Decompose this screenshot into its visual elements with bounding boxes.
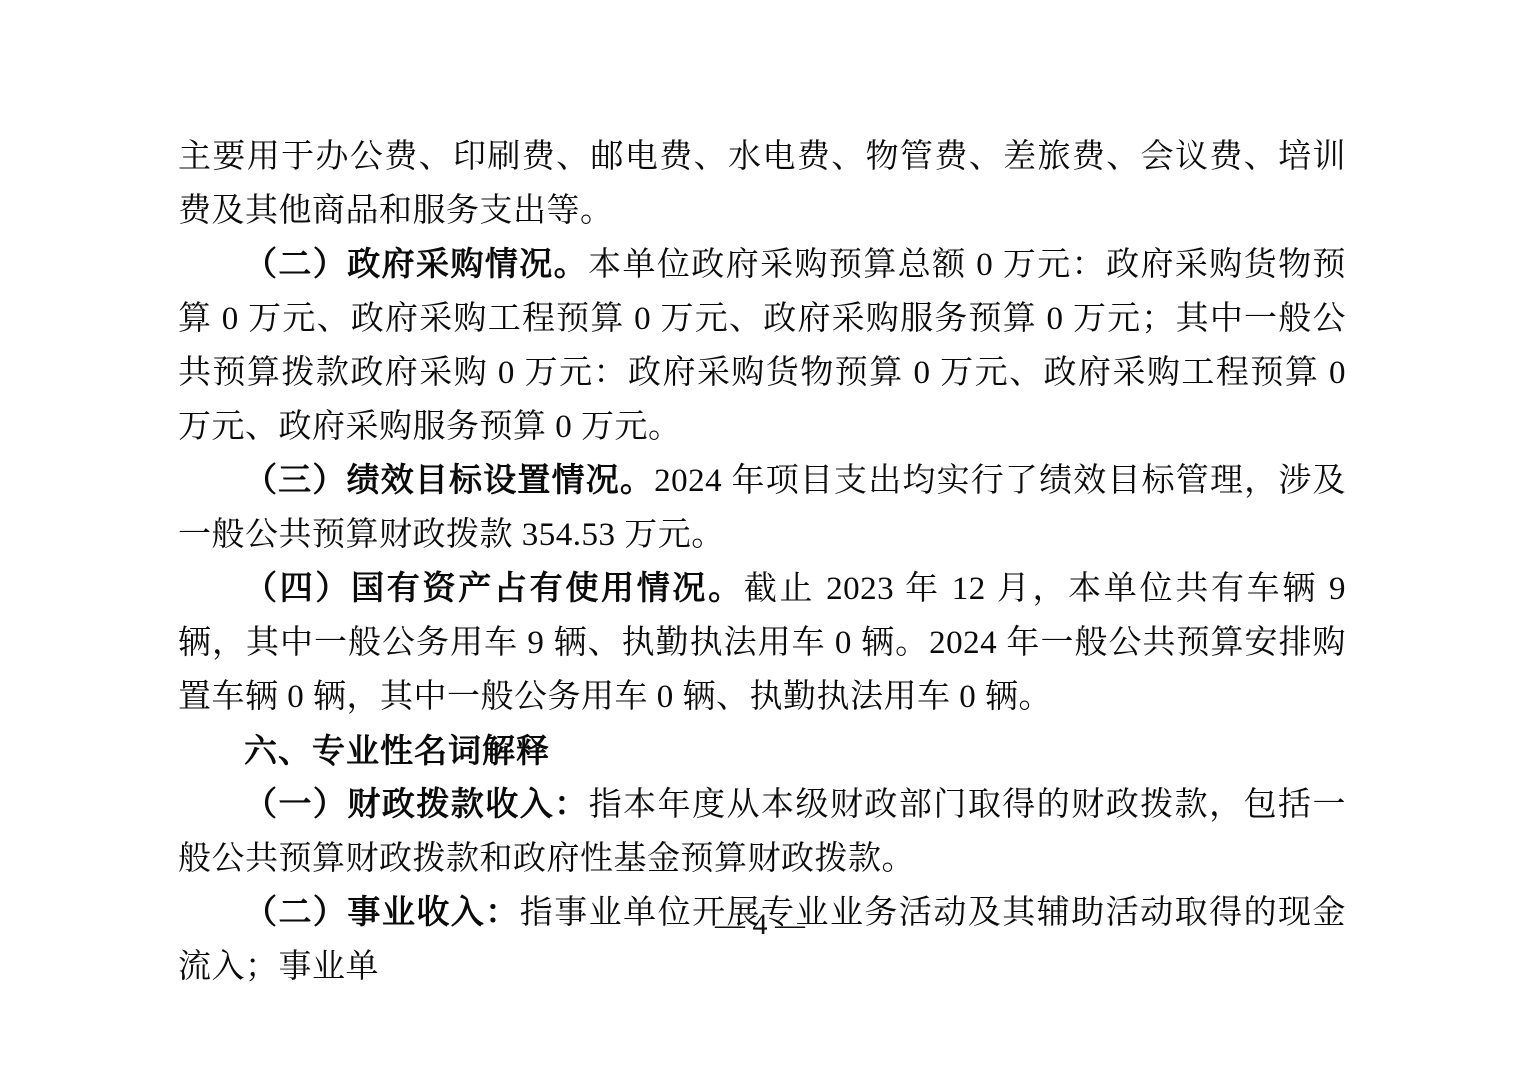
paragraph-lead-bold: （二）政府采购情况。 (244, 247, 588, 283)
paragraph-government-procurement: （二）政府采购情况。本单位政府采购预算总额 0 万元：政府采购货物预算 0 万元… (178, 238, 1346, 454)
paragraph-performance-targets: （三）绩效目标设置情况。2024 年项目支出均实行了绩效目标管理，涉及一般公共预… (178, 454, 1346, 562)
paragraph-lead-bold: （一）财政拨款收入： (244, 787, 589, 823)
paragraph-text: 主要用于办公费、印刷费、邮电费、水电费、物管费、差旅费、会议费、培训费及其他商品… (178, 139, 1346, 229)
page-number: — 4 — (0, 905, 1520, 945)
paragraph-state-assets: （四）国有资产占有使用情况。截止 2023 年 12 月，本单位共有车辆 9 辆… (178, 562, 1346, 724)
section-heading-terminology: 六、专业性名词解释 (178, 724, 1346, 778)
document-page: 主要用于办公费、印刷费、邮电费、水电费、物管费、差旅费、会议费、培训费及其他商品… (0, 0, 1520, 1074)
paragraph-goods-services-continuation: 主要用于办公费、印刷费、邮电费、水电费、物管费、差旅费、会议费、培训费及其他商品… (178, 130, 1346, 238)
paragraph-lead-bold: （四）国有资产占有使用情况。 (244, 571, 744, 607)
paragraph-fiscal-appropriation-income: （一）财政拨款收入：指本年度从本级财政部门取得的财政拨款，包括一般公共预算财政拨… (178, 778, 1346, 886)
paragraph-lead-bold: （三）绩效目标设置情况。 (244, 463, 654, 499)
document-body: 主要用于办公费、印刷费、邮电费、水电费、物管费、差旅费、会议费、培训费及其他商品… (178, 130, 1346, 994)
